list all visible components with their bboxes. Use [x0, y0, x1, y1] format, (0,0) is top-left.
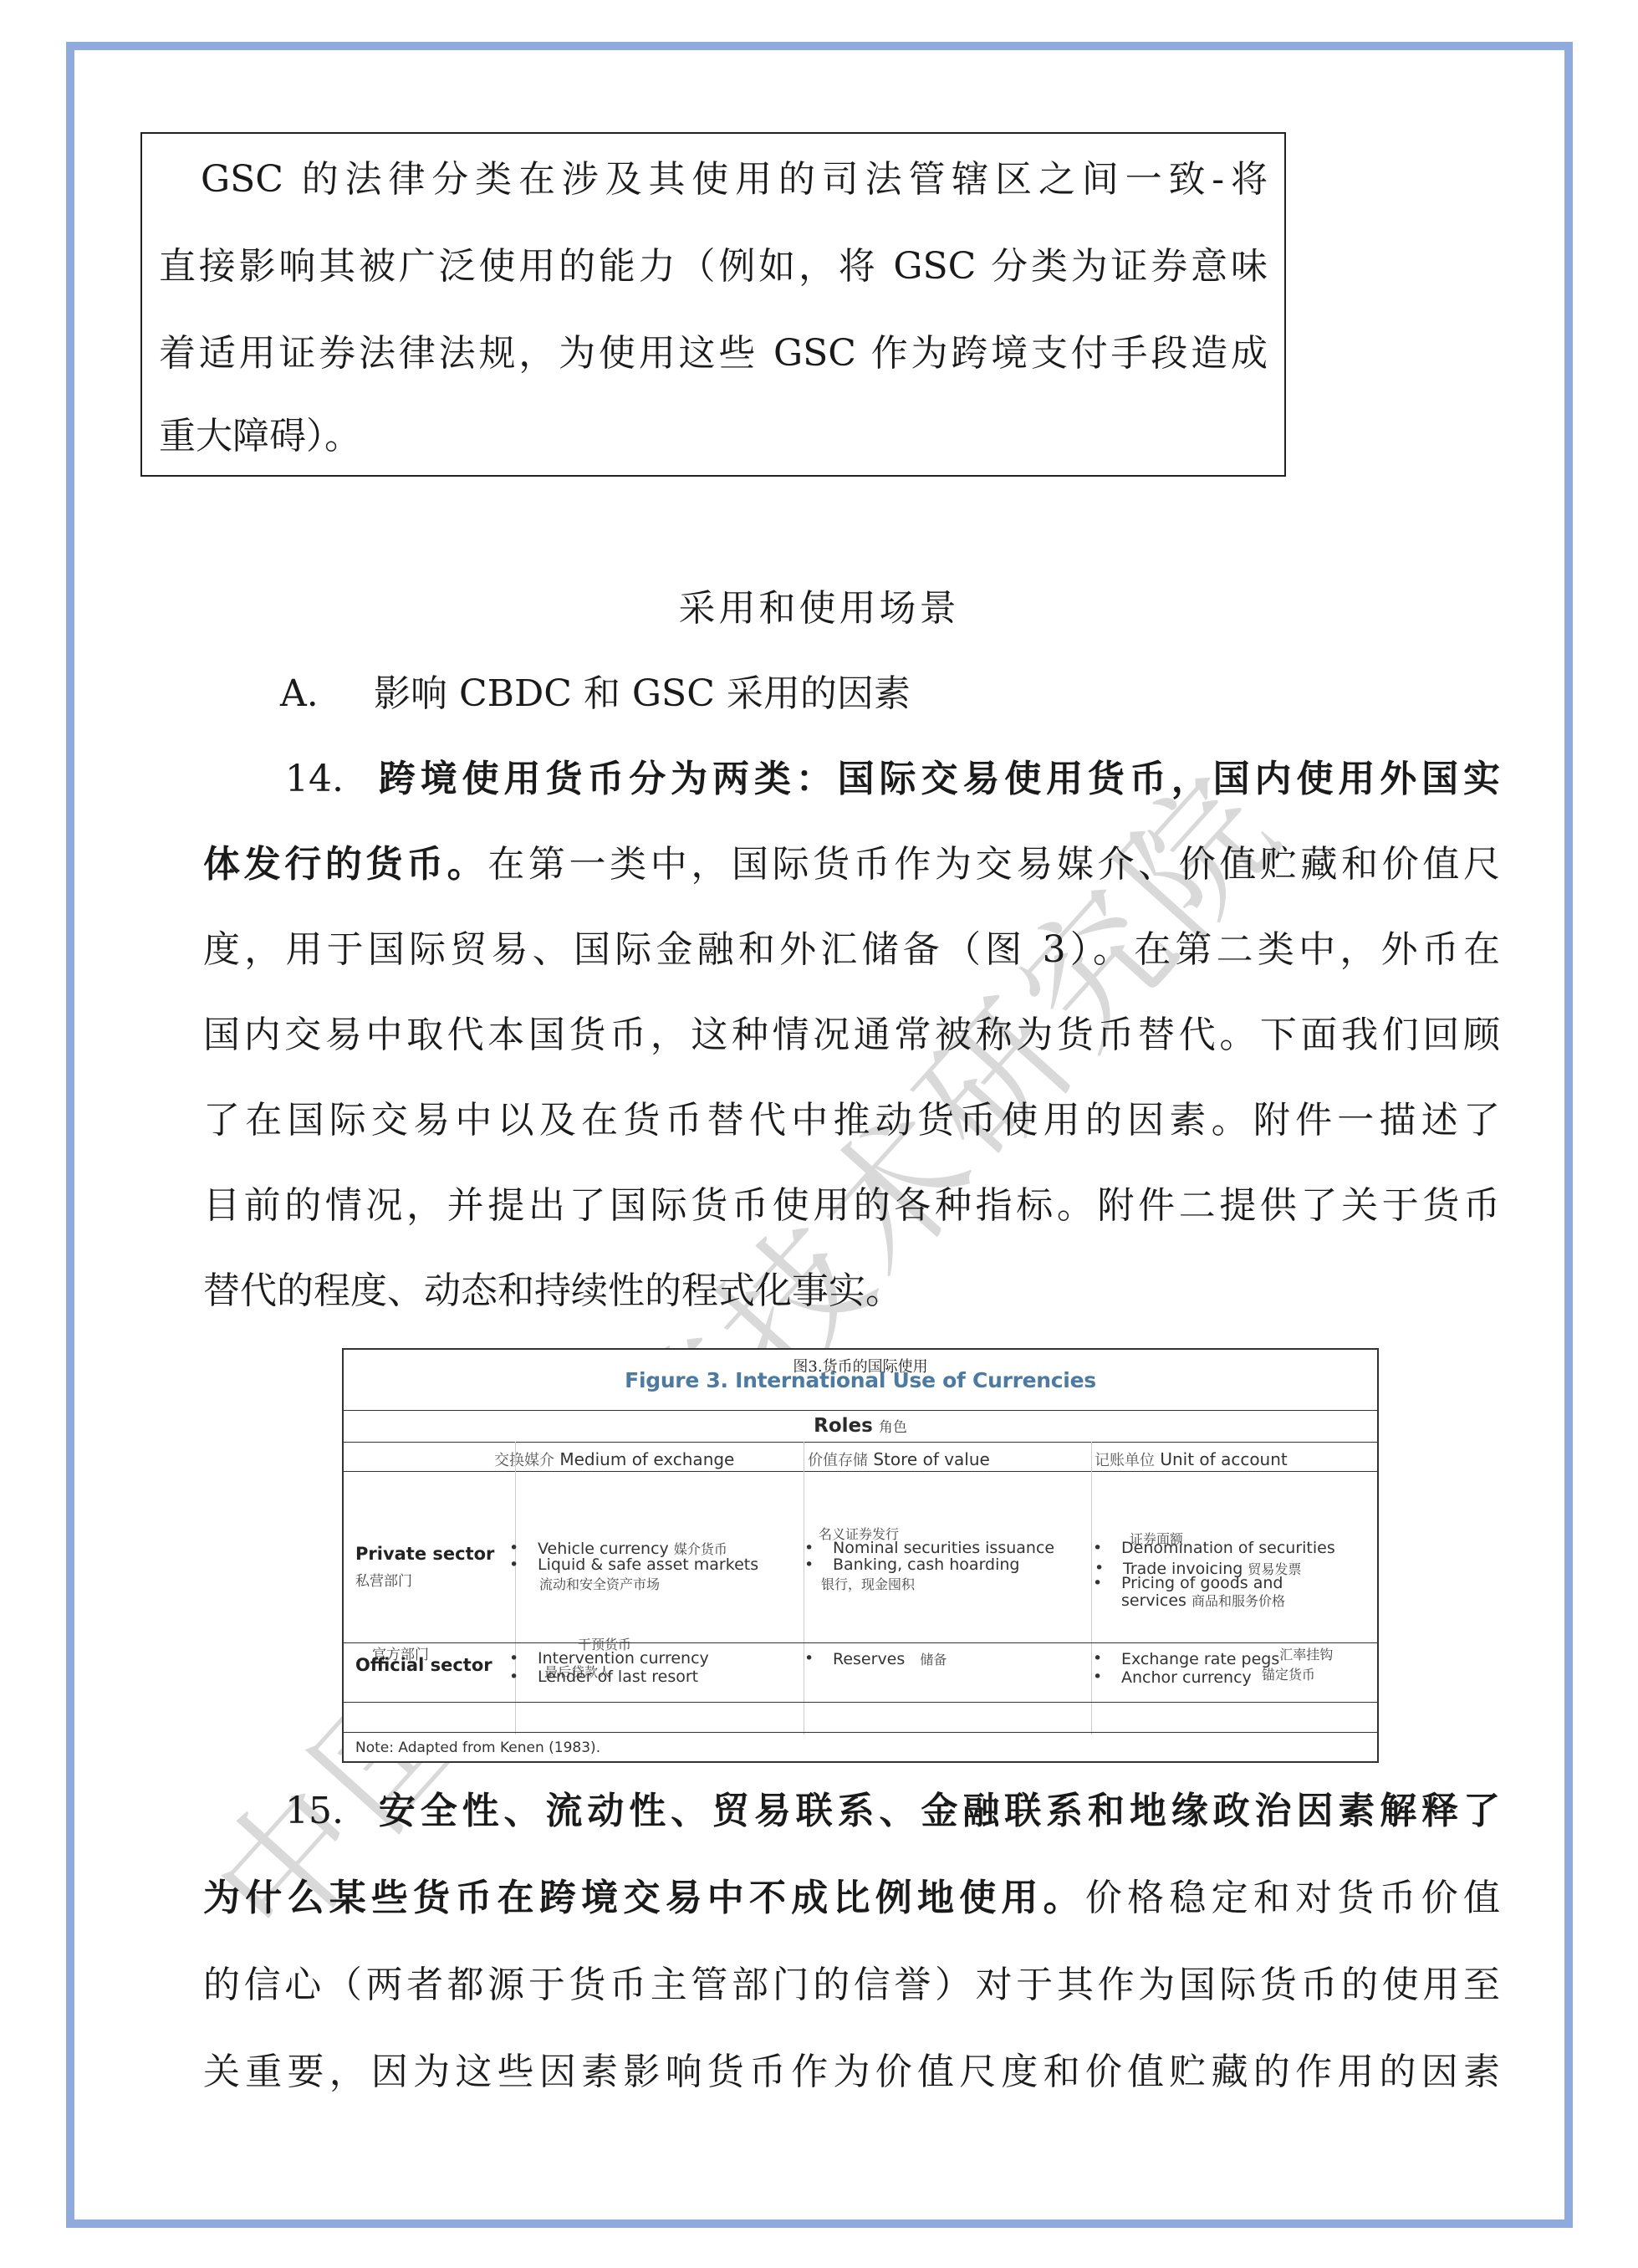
item-en: Reserves — [833, 1650, 905, 1668]
item-en: Liquid & safe asset markets — [538, 1555, 758, 1574]
item-en: Banking, cash hoarding — [833, 1555, 1019, 1574]
para14-line-3: 度，用于国际贸易、国际金融和外汇储备（图 3）。在第二类中，外币在 — [203, 921, 1500, 979]
column-divider — [804, 1442, 804, 1734]
box-line-3: 着适用证券法律法规，为使用这些 GSC 作为跨境支付手段造成 — [159, 329, 1268, 379]
para14-bold-text: 体发行的货币。 — [203, 843, 487, 886]
row-label-private-sector: Private sector — [355, 1544, 494, 1564]
para15-line-1: 15.安全性、流动性、贸易联系、金融联系和地缘政治因素解释了 — [285, 1782, 1500, 1841]
item-en: Pricing of goods and — [1121, 1574, 1283, 1592]
cell-item-continuation: services 商品和服务价格 — [1121, 1591, 1285, 1610]
column-en: Unit of account — [1160, 1449, 1287, 1469]
item-cn: 汇率挂钩 — [1279, 1647, 1333, 1663]
cell-item: Lender of last resort — [538, 1668, 698, 1686]
item-en: Denomination of securities — [1121, 1539, 1335, 1557]
para14-bold-text: 跨境使用货币分为两类：国际交易使用货币，国内使用外国实 — [374, 758, 1500, 800]
cell-item: Banking, cash hoarding — [833, 1555, 1019, 1574]
para14-line-7: 替代的程度、动态和持续性的程式化事实。 — [203, 1262, 1500, 1320]
para14-line-4: 国内交易中取代本国货币，这种情况通常被称为货币替代。下面我们回顾 — [203, 1006, 1500, 1065]
para15-bold-text: 为什么某些货币在跨境交易中不成比例地使用。 — [203, 1877, 1085, 1919]
cell-item: Anchor currency 锚定货币 — [1121, 1668, 1315, 1687]
item-en: Lender of last resort — [538, 1668, 698, 1686]
column-header-unit-of-account: 记账单位 Unit of account — [1095, 1448, 1288, 1470]
divider — [344, 1642, 1377, 1643]
divider — [344, 1702, 1377, 1703]
divider — [344, 1442, 1377, 1443]
column-cn: 价值存储 — [808, 1452, 868, 1469]
subheading-label: A. — [280, 665, 374, 723]
row-label-private-sector-cn: 私营部门 — [355, 1569, 412, 1590]
para15-bold-text: 安全性、流动性、贸易联系、金融联系和地缘政治因素解释了 — [374, 1790, 1500, 1832]
figure-title: Figure 3. International Use of Currencie… — [344, 1368, 1377, 1392]
para14-line-1: 14.跨境使用货币分为两类：国际交易使用货币，国内使用外国实 — [285, 750, 1500, 809]
subheading: A.影响 CBDC 和 GSC 采用的因素 — [280, 665, 911, 723]
roles-label: Roles — [814, 1415, 873, 1437]
row-label-official-sector: Official sector — [355, 1655, 492, 1675]
para15-line-3: 的信心（两者都源于货币主管部门的信誉）对于其作为国际货币的使用至 — [203, 1956, 1500, 2015]
roles-cn: 角色 — [879, 1419, 907, 1436]
item-en: Nominal securities issuance — [833, 1539, 1054, 1557]
column-en: Medium of exchange — [559, 1449, 734, 1469]
column-divider — [515, 1442, 516, 1734]
item-cn: 商品和服务价格 — [1192, 1593, 1285, 1609]
cell-item: Liquid & safe asset markets — [538, 1555, 758, 1574]
cell-item: Exchange rate pegs汇率挂钩 — [1121, 1649, 1333, 1668]
para14-number: 14. — [285, 750, 374, 809]
column-header-store-of-value: 价值存储 Store of value — [808, 1448, 990, 1470]
divider — [344, 1471, 1377, 1472]
item-en: Exchange rate pegs — [1121, 1650, 1279, 1668]
box-line-4: 重大障碍）。 — [159, 411, 1268, 462]
column-en: Store of value — [873, 1449, 989, 1469]
boxed-note: GSC 的法律分类在涉及其使用的司法管辖区之间一致-将 直接影响其被广泛使用的能… — [140, 132, 1286, 477]
para15-text: 价格稳定和对货币价值 — [1085, 1877, 1500, 1919]
para14-line-6: 目前的情况，并提出了国际货币使用的各种指标。附件二提供了关于货币 — [203, 1177, 1500, 1235]
para15-line-2: 为什么某些货币在跨境交易中不成比例地使用。价格稳定和对货币价值 — [203, 1869, 1500, 1928]
cell-item: Pricing of goods and — [1121, 1574, 1283, 1592]
item-cn: 锚定货币 — [1262, 1667, 1315, 1683]
item-cn: 流动和安全资产市场 — [539, 1574, 660, 1593]
para14-line-2: 体发行的货币。在第一类中，国际货币作为交易媒介、价值贮藏和价值尺 — [203, 835, 1500, 894]
column-header-medium-of-exchange: 交换媒介 Medium of exchange — [494, 1448, 734, 1470]
figure-3-table: 图3.货币的国际使用 Figure 3. International Use o… — [342, 1348, 1379, 1763]
item-cn: 储备 — [920, 1652, 947, 1668]
roles-header: Roles 角色 — [344, 1415, 1377, 1437]
section-title: 采用和使用场景 — [0, 580, 1638, 638]
cell-item: Reserves 储备 — [833, 1649, 947, 1668]
box-line-1: GSC 的法律分类在涉及其使用的司法管辖区之间一致-将 — [201, 155, 1268, 205]
item-en: Anchor currency — [1121, 1668, 1252, 1687]
column-cn: 记账单位 — [1095, 1452, 1155, 1469]
item-en: services — [1121, 1591, 1186, 1610]
item-cn: 银行，现金囤积 — [821, 1574, 915, 1593]
box-line-2: 直接影响其被广泛使用的能力（例如，将 GSC 分类为证券意味 — [159, 242, 1268, 292]
column-divider — [1091, 1442, 1092, 1734]
figure-note: Note: Adapted from Kenen (1983). — [355, 1739, 600, 1756]
cell-item: Denomination of securities — [1121, 1539, 1335, 1557]
column-cn: 交换媒介 — [494, 1452, 554, 1469]
divider — [344, 1410, 1377, 1411]
para14-line-5: 了在国际交易中以及在货币替代中推动货币使用的因素。附件一描述了 — [203, 1091, 1500, 1150]
para15-line-4: 关重要，因为这些因素影响货币作为价值尺度和价值贮藏的作用的因素 — [203, 2043, 1500, 2102]
para14-text: 在第一类中，国际货币作为交易媒介、价值贮藏和价值尺 — [487, 843, 1500, 886]
para15-number: 15. — [285, 1782, 374, 1841]
cell-item: Nominal securities issuance — [833, 1539, 1054, 1557]
subheading-text: 影响 CBDC 和 GSC 采用的因素 — [374, 672, 911, 715]
divider — [344, 1732, 1377, 1733]
